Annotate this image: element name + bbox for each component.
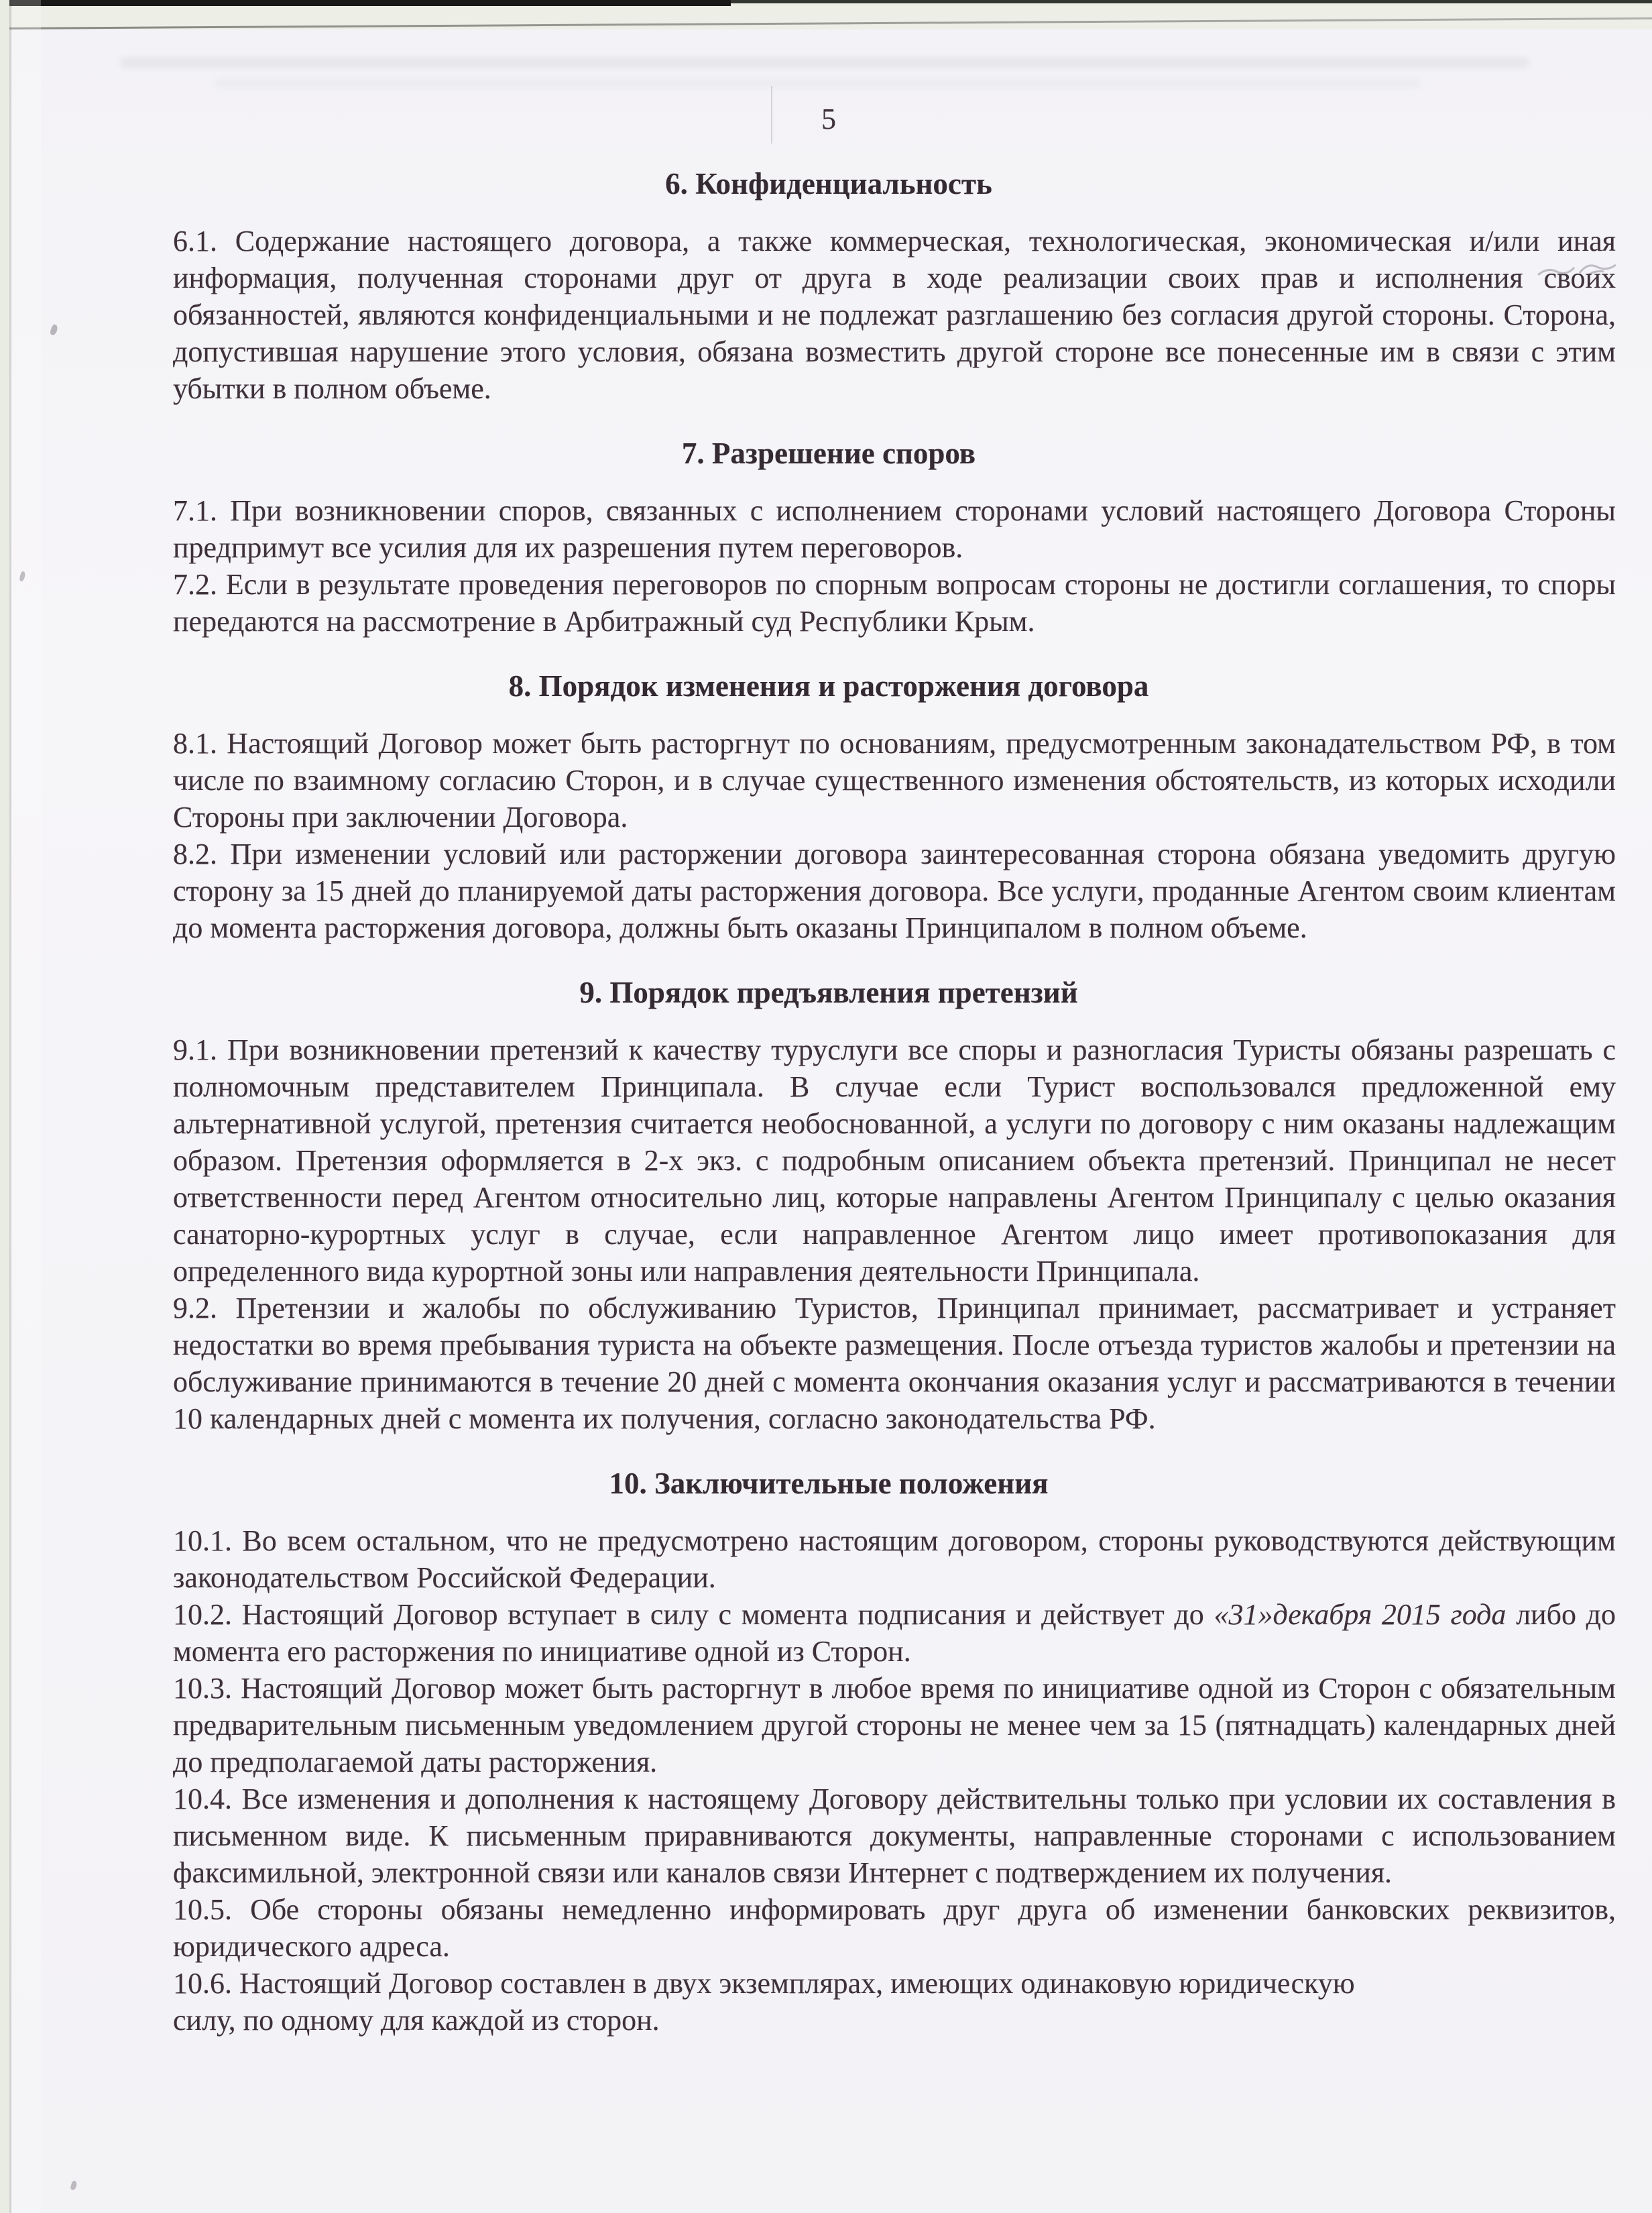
- scan-edge-dark-left: [0, 0, 731, 6]
- clause-8-2: 8.2. При изменении условий или расторжен…: [173, 836, 1616, 946]
- scan-edge-dark-right: [731, 0, 1652, 3]
- bleed-through-ghost-line: [121, 58, 1529, 68]
- section-heading-7: 7. Разрешение споров: [107, 435, 1550, 472]
- clause-10-6-cut-line: силу, по одному для каждой из сторон.: [173, 2002, 1616, 2039]
- clause-9-1: 9.1. При возникновении претензий к качес…: [173, 1031, 1616, 1290]
- clause-10-6: 10.6. Настоящий Договор составлен в двух…: [173, 1965, 1616, 2002]
- clause-9-2: 9.2. Претензии и жалобы по обслуживанию …: [173, 1290, 1616, 1437]
- ink-speck: [50, 324, 59, 336]
- clause-10-2-text: 10.2. Настоящий Договор вступает в силу …: [173, 1598, 1214, 1631]
- clause-7-1: 7.1. При возникновении споров, связанных…: [173, 492, 1616, 566]
- clause-10-2-date-italic: «31»декабря 2015 года: [1214, 1598, 1506, 1631]
- document-text-column: 5 6. Конфиденциальность 6.1. Содержание …: [173, 101, 1616, 2039]
- clause-10-5: 10.5. Обе стороны обязаны немедленно инф…: [173, 1891, 1616, 1965]
- clause-10-4: 10.4. Все изменения и дополнения к насто…: [173, 1780, 1616, 1891]
- scan-left-margin-strip: [0, 0, 9, 2213]
- clause-10-3: 10.3. Настоящий Договор может быть расто…: [173, 1670, 1616, 1780]
- section-heading-8: 8. Порядок изменения и расторжения догов…: [107, 668, 1550, 705]
- ink-speck: [70, 2180, 78, 2191]
- page-number: 5: [107, 101, 1550, 137]
- section-heading-10: 10. Заключительные положения: [107, 1465, 1550, 1502]
- clause-8-1: 8.1. Настоящий Договор может быть растор…: [173, 725, 1616, 836]
- paper-left-light-band: [11, 0, 41, 2213]
- scanned-contract-page: 5 6. Конфиденциальность 6.1. Содержание …: [0, 0, 1652, 2213]
- bleed-through-ghost-line: [215, 79, 1421, 87]
- section-heading-9: 9. Порядок предъявления претензий: [107, 974, 1550, 1011]
- clause-10-1: 10.1. Во всем остальном, что не предусмо…: [173, 1522, 1616, 1596]
- clause-6-1: 6.1. Содержание настоящего договора, а т…: [173, 223, 1616, 407]
- clause-10-2: 10.2. Настоящий Договор вступает в силу …: [173, 1596, 1616, 1670]
- section-heading-6: 6. Конфиденциальность: [107, 166, 1550, 203]
- clause-7-2: 7.2. Если в результате проведения перего…: [173, 566, 1616, 640]
